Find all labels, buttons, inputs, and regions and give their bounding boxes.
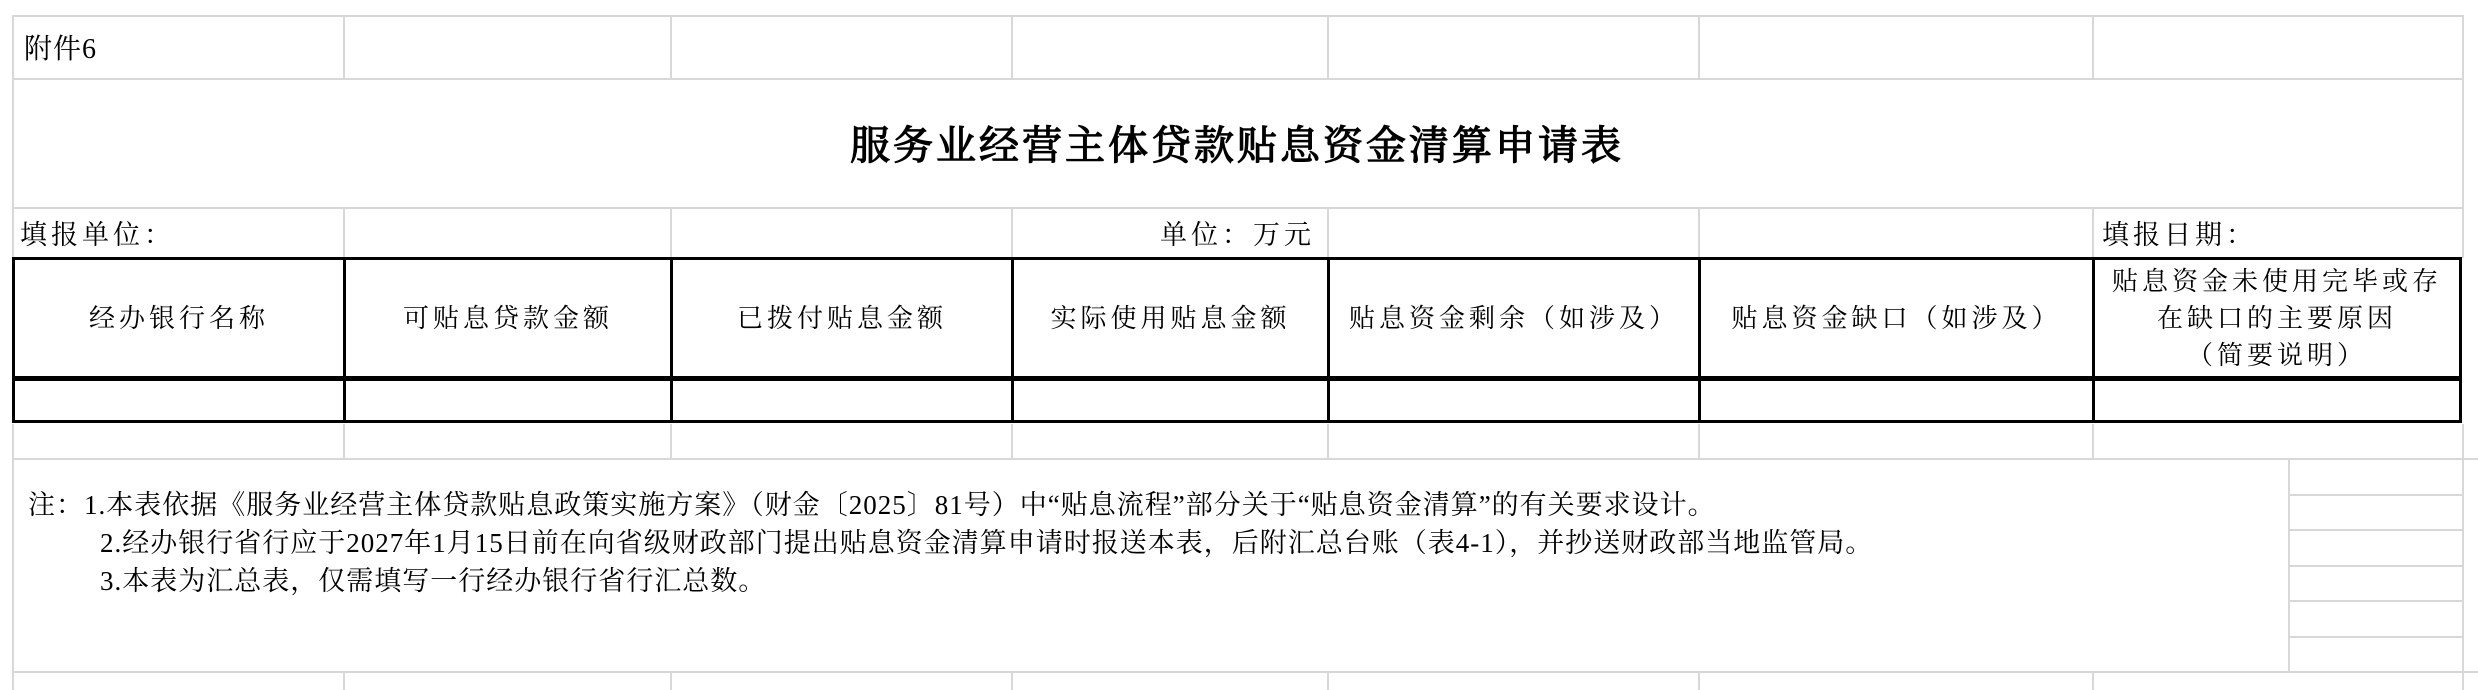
gridline xyxy=(670,671,672,690)
gridline xyxy=(1011,207,1013,258)
gridline xyxy=(2092,207,2094,258)
column-header-allocated-subsidy-amount: 已拨付贴息金额 xyxy=(673,260,1014,376)
data-cell-subsidy-fund-gap[interactable] xyxy=(1701,381,2095,420)
column-header-actual-used-subsidy-amount: 实际使用贴息金额 xyxy=(1014,260,1330,376)
table-data-row xyxy=(15,381,2459,420)
gridline xyxy=(1698,15,1700,78)
gridline xyxy=(343,671,345,690)
gridline xyxy=(1327,207,1329,258)
data-cell-allocated-subsidy-amount[interactable] xyxy=(673,381,1014,420)
gridline xyxy=(1327,424,1329,458)
gridline xyxy=(1327,671,1329,690)
gridline xyxy=(2288,458,2290,671)
gridline xyxy=(1698,207,1700,258)
note-line-3: 3.本表为汇总表，仅需填写一行经办银行省行汇总数。 xyxy=(28,562,2268,600)
gridline xyxy=(1698,424,1700,458)
notes-block: 注：1.本表依据《服务业经营主体贷款贴息政策实施方案》（财金〔2025〕81号）… xyxy=(28,486,2268,600)
note-line-1: 注：1.本表依据《服务业经营主体贷款贴息政策实施方案》（财金〔2025〕81号）… xyxy=(28,486,2268,524)
gridline xyxy=(2092,15,2094,78)
gridline xyxy=(2288,529,2464,531)
gridline xyxy=(2092,671,2094,690)
gridline xyxy=(343,207,345,258)
column-header-main-reason: 贴息资金未使用完毕或存 在缺口的主要原因 （简要说明） xyxy=(2095,260,2459,376)
gridline xyxy=(343,424,345,458)
gridline xyxy=(2462,424,2464,690)
gridline xyxy=(670,207,672,258)
note-item-1: 1.本表依据《服务业经营主体贷款贴息政策实施方案》（财金〔2025〕81号）中“… xyxy=(84,490,1716,520)
report-date-label: 填报日期： xyxy=(2102,207,2257,258)
settlement-application-table: 经办银行名称 可贴息贷款金额 已拨付贴息金额 实际使用贴息金额 贴息资金剩余（如… xyxy=(12,257,2462,423)
column-header-bank-name: 经办银行名称 xyxy=(15,260,346,376)
attachment-label: 附件6 xyxy=(24,15,97,78)
reporting-unit-label: 填报单位： xyxy=(20,207,175,258)
data-cell-subsidizable-loan-amount[interactable] xyxy=(346,381,673,420)
gridline xyxy=(12,15,2464,17)
gridline xyxy=(1327,15,1329,78)
gridline xyxy=(12,671,2478,673)
gridline xyxy=(2288,565,2464,567)
gridline xyxy=(12,458,2478,460)
spreadsheet-form-page: 附件6 服务业经营主体贷款贴息资金清算申请表 填报单位： 单位：万元 填报日期：… xyxy=(0,0,2478,690)
gridline xyxy=(2092,424,2094,458)
gridline xyxy=(1698,671,1700,690)
gridline xyxy=(1011,671,1013,690)
gridline xyxy=(670,15,672,78)
form-title: 服务业经营主体贷款贴息资金清算申请表 xyxy=(12,78,2462,207)
data-cell-subsidy-fund-surplus[interactable] xyxy=(1330,381,1701,420)
data-cell-main-reason[interactable] xyxy=(2095,381,2459,420)
data-cell-actual-used-subsidy-amount[interactable] xyxy=(1014,381,1330,420)
gridline xyxy=(343,15,345,78)
column-header-subsidizable-loan-amount: 可贴息贷款金额 xyxy=(346,260,673,376)
gridline xyxy=(12,424,14,690)
gridline xyxy=(670,424,672,458)
gridline xyxy=(2462,15,2464,258)
data-cell-bank-name[interactable] xyxy=(15,381,346,420)
table-header-row: 经办银行名称 可贴息贷款金额 已拨付贴息金额 实际使用贴息金额 贴息资金剩余（如… xyxy=(15,260,2459,381)
note-prefix: 注： xyxy=(28,490,84,520)
column-header-subsidy-fund-surplus: 贴息资金剩余（如涉及） xyxy=(1330,260,1701,376)
gridline xyxy=(2288,636,2464,638)
unit-label: 单位：万元 xyxy=(1160,207,1315,258)
note-line-2: 2.经办银行省行应于2027年1月15日前在向省级财政部门提出贴息资金清算申请时… xyxy=(28,524,2268,562)
gridline xyxy=(1011,15,1013,78)
gridline xyxy=(1011,424,1013,458)
gridline xyxy=(2288,494,2464,496)
gridline xyxy=(2288,600,2464,602)
column-header-subsidy-fund-gap: 贴息资金缺口（如涉及） xyxy=(1701,260,2095,376)
